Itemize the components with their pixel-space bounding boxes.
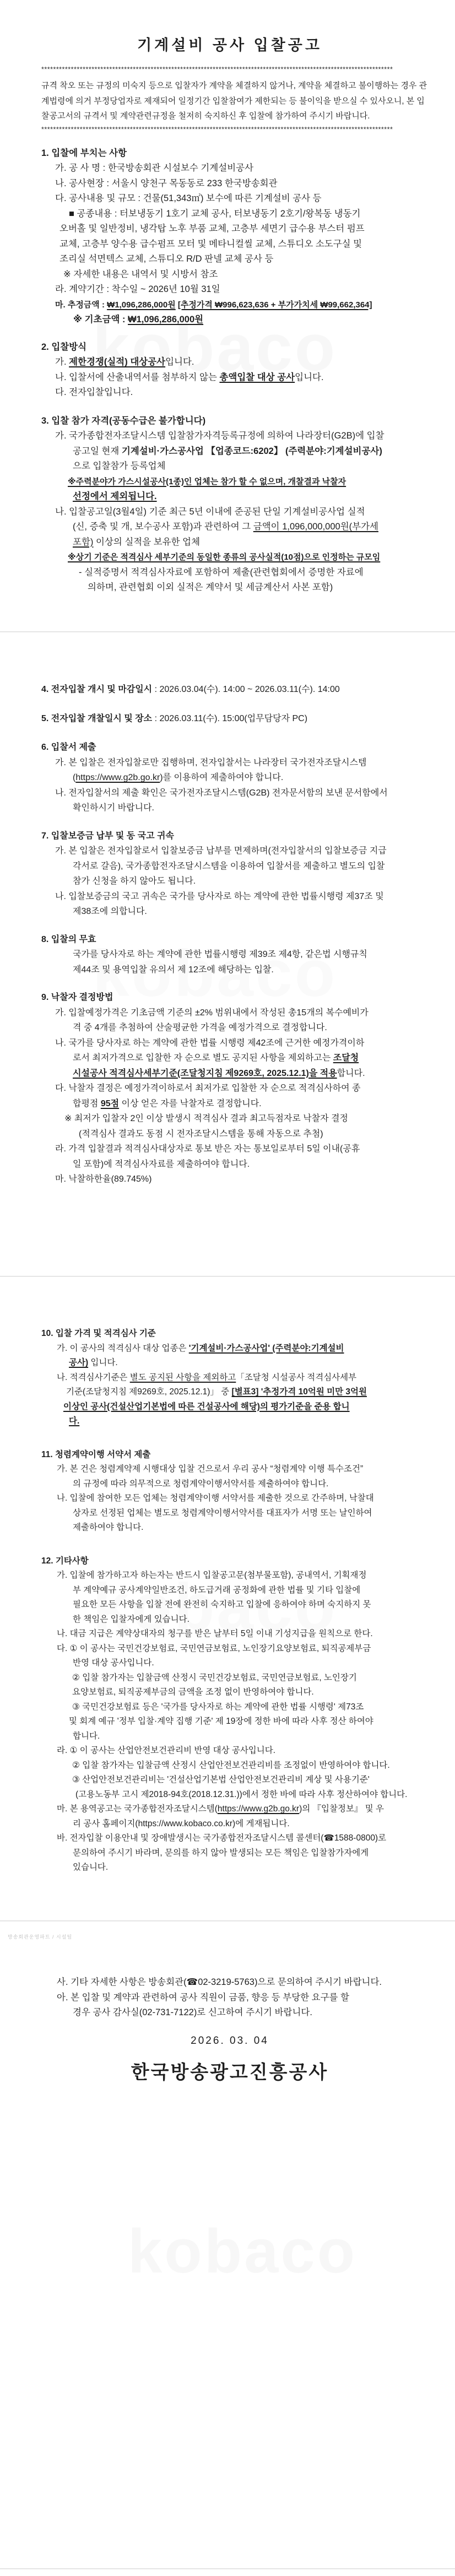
doc-line: 시설공사 적격심사세부기준(조달청지침 제9269호, 2025.12.1)을 … [41, 1066, 418, 1081]
phone-icon: ☎ [324, 1833, 334, 1843]
text-segment: 있습니다. [73, 1863, 108, 1872]
doc-line: 가. 본 입찰은 전자입찰로만 집행하며, 전자입찰서는 나라장터 국가전자조달… [41, 755, 418, 771]
text-segment: 한국방송광고진흥공사 [131, 2062, 328, 2083]
doc-title: 기계설비 공사 입찰공고 [41, 34, 418, 56]
text-segment: (적격심사 결과도 동점 시 전자조달시스템을 통해 자동으로 추첨) [79, 1129, 323, 1139]
doc-line: 다. [41, 1414, 418, 1429]
doc-line: (고용노동부 고시 제2018-94호(2018.12.31.))에서 정한 바… [41, 1788, 418, 1803]
doc-line: 가. 입찰에 참가하고자 하는자는 반드시 입찰공고문(첨부물포함), 공내역서… [41, 1568, 418, 1583]
doc-line: (https://www.g2b.go.kr)를 이용하여 제출하여야 합니다. [41, 770, 418, 786]
text-segment: 나. 전자입찰서의 제출 확인은 국가전자조달시스템(G2B) 전자문서함의 보… [55, 788, 388, 798]
award-lower-limit: 마. 낙찰하한율(89.745%) [41, 1172, 418, 1187]
section-10-heading: 10. 입찰 가격 및 적격심사 기준 [41, 1327, 418, 1341]
g2b-url: https://www.g2b.go.kr [75, 773, 160, 782]
doc-line: 사. 기타 자세한 사항은 방송회관(☎02-3219-5763)으로 문의하여… [41, 1975, 418, 1990]
text-segment: 입니다. [88, 1358, 118, 1367]
text-segment: ※ 기초금액 : [73, 315, 128, 324]
doc-line: ※주력분야가 가스시설공사(1종)인 업체는 참가 할 수 없으며, 개찰결과 … [41, 474, 418, 490]
text-segment: 이상 얻은 자를 낙찰자로 결정합니다. [119, 1099, 262, 1108]
doc-line: ※ 최저가 입찰자 2인 이상 발생시 적격심사 결과 최고득점자로 낙찰자 결… [41, 1111, 418, 1127]
text-segment: 오버홀 및 일반정비, 냉각탑 노후 부품 교체, 고층부 세면기 급수용 부스… [59, 224, 365, 234]
text-segment: 가. 본 입찰은 전자입찰로만 집행하며, 전자입찰서는 나라장터 국가전자조달… [55, 758, 367, 767]
text-segment: 95점 [101, 1099, 119, 1108]
doc-line: ※ 자세한 내용은 내역서 및 시방서 참조 [41, 267, 418, 283]
text-segment: 계법령에 의거 부정당업자로 제재되어 일정기간 입찰참여가 제한되는 등 불이… [41, 96, 425, 106]
text-segment: 일 포함)에 적격심사자료를 제출하여야 합니다. [73, 1160, 250, 1169]
text-segment: ② 입찰 참가자는 입찰금액 산정시 산업안전보건관리비를 조정없이 반영하여야… [72, 1761, 390, 1770]
text-segment: ■ 공종내용 : 터보냉동기 1호기 교체 공사, 터보냉동기 2호기/왕복동 … [69, 209, 361, 219]
text-segment: 마. 낙찰하한율(89.745%) [55, 1175, 151, 1184]
doc-line: 있습니다. [41, 1860, 418, 1875]
doc-line: 리 공사 홈페이지(https://www.kobaco.co.kr)에 게재됩… [41, 1817, 418, 1832]
text-segment: 제출하여야 합니다. [73, 1523, 143, 1532]
doc-line: 확인하시기 바랍니다. [41, 800, 418, 816]
section-3-heading: 3. 입찰 참가 자격(공동수급은 불가합니다) [41, 414, 418, 429]
text-segment: 및 회계 예규 '정부 입찰·계약 집행 기준' 제 19장에 정한 바에 따라… [69, 1717, 373, 1726]
text-segment: 입니다. [295, 372, 323, 382]
text-segment: 리 공사 홈페이지( [73, 1819, 138, 1828]
text-segment: 나. 입찰서에 산출내역서를 첨부하지 않는 [55, 372, 219, 382]
doc-line: 다. 전자입찰입니다. [41, 385, 418, 401]
doc-line: ③ 산업안전보건관리비는 '건설산업기본법 산업안전보건관리비 계상 및 사용기… [41, 1773, 418, 1788]
text-segment: 이상의 실적을 보유한 업체 [93, 537, 200, 547]
doc-line: 문의하여 주시기 바라며, 문의를 하지 않아 발생되는 모든 책임은 입찰참가… [41, 1846, 418, 1861]
section-4: 4. 전자입찰 개시 및 마감일시 : 2026.03.04(수). 14:00… [41, 682, 418, 697]
doc-line: 계법령에 의거 부정당업자로 제재되어 일정기간 입찰참여가 제한되는 등 불이… [41, 94, 418, 109]
estimated-amount: 마. 추정금액 : ₩1,096,286,000원 [추정가격 ₩996,623… [41, 297, 418, 313]
text-segment: 총액입찰 대상 공사 [219, 372, 295, 382]
text-segment: ****************************************… [41, 66, 393, 73]
text-segment: 가. 입찰에 참가하고자 하는자는 반드시 입찰공고문(첨부물포함), 공내역서… [57, 1571, 366, 1580]
text-segment: 02-3219-5763)으로 문의하여 주시기 바랍니다. [198, 1977, 382, 1987]
text-segment: 2026. 03. 04 [191, 2035, 269, 2047]
page-edge-4 [0, 2568, 455, 2569]
text-segment: 제44조 및 용역입찰 유의서 제 12조에 해당하는 입찰. [73, 965, 274, 975]
announcement-date: 2026. 03. 04 [41, 2033, 418, 2049]
section-8-heading: 8. 입찰의 무효 [41, 932, 418, 948]
text-segment: 가. 이 공사의 적격심사 대상 업종은 [57, 1344, 189, 1353]
text-segment: [추정가격 ₩996,623,636 + 부가가치세 ₩99,662,364] [178, 300, 372, 310]
text-segment: 가. [55, 357, 69, 367]
doc-line: 부 계약예규 공사계약일반조건, 하도급거래 공정화에 관한 법률 및 기타 입… [41, 1583, 418, 1598]
doc-line: - 실적증명서 적격심사자료에 포함하여 제출(관련협회에서 증명한 자료에 [41, 565, 418, 581]
doc-line: 다. ① 이 공사는 국민건강보험료, 국민연금보험료, 노인장기요양보험료, … [41, 1642, 418, 1657]
doc-line: 반영 대상 공사입니다. [41, 1656, 418, 1671]
text-segment: : 2026.03.04(수). 14:00 ~ 2026.03.11(수). … [152, 685, 340, 694]
text-segment: 선정에서 제외됩니다. [73, 491, 157, 501]
section-7-heading: 7. 입찰보증금 납부 및 동 국고 귀속 [41, 829, 418, 844]
text-segment: ※상기 기준은 적격심사 세부기준의 동일한 종류의 공사실적(10점)으로 인… [68, 553, 380, 562]
doc-line: 가. 본 입찰은 전자입찰로서 입찰보증금 납부를 면제하며(전자입찰서의 입찰… [41, 843, 418, 859]
text-segment: 나. 적격심사기준은 [57, 1373, 130, 1382]
text-segment: ₩1,096,286,000원 [107, 300, 176, 310]
text-segment: 10. 입찰 가격 및 적격심사 기준 [41, 1329, 156, 1338]
text-segment: ₩1,096,286,000원 [128, 315, 203, 324]
doc-line: 나. 국가를 당사자로 하는 계약에 관한 법률 시행령 제42조에 근거한 예… [41, 1036, 418, 1051]
doc-line: 각서로 갈음), 국가종합전자조달시스템을 이용하여 입찰서를 제출하고 별도의… [41, 859, 418, 874]
doc-line: 기준(조달청지침 제9269호, 2025.12.1)」 중 [별표3] '추정… [41, 1385, 418, 1400]
section-11-heading: 11. 청렴계약이행 서약서 제출 [41, 1448, 418, 1463]
divider-bottom: ****************************************… [41, 124, 418, 135]
text-segment: '기계설비·가스공사업' (주력분야:기계설비 [189, 1344, 344, 1353]
doc-line: 국가를 당사자로 하는 계약에 관한 법률시행령 제39조 제4항, 같은법 시… [41, 947, 418, 962]
text-segment: 5. 전자입찰 개찰일시 및 장소 [41, 714, 152, 723]
text-segment: 다. 공사내용 및 규모 : 건물(51,343㎡) 보수에 따른 기계설비 공… [55, 193, 322, 203]
section-12-heading: 12. 기타사항 [41, 1554, 418, 1569]
text-segment: 가. 국가종합전자조달시스템 입찰참가자격등록규정에 의하여 나라장터(G2B)… [55, 431, 384, 441]
text-segment: 찰공고서의 규격서 및 계약관련규정을 철저히 숙지하신 후 입찰에 참가하여 … [41, 111, 370, 121]
text-segment: 다. 전자입찰입니다. [55, 387, 133, 397]
text-segment: 공사) [69, 1358, 88, 1367]
text-segment: (신, 증축 및 개, 보수공사 포함)과 관련하여 그 [73, 522, 253, 532]
text-segment: 나. 공사현장 : 서울시 양천구 목동동로 233 한국방송회관 [55, 178, 278, 188]
kobaco-watermark: kobaco [128, 2216, 357, 2287]
doc-line: 상자로 선정된 업체는 별도로 청렴계약이행서약서를 대표자가 서명 또는 날인… [41, 1506, 418, 1521]
doc-line: 가. 국가종합전자조달시스템 입찰참가자격등록규정에 의하여 나라장터(G2B)… [41, 429, 418, 444]
section-5: 5. 전자입찰 개찰일시 및 장소 : 2026.03.11(수). 15:00… [41, 711, 418, 727]
text-segment: 가. 공 사 명 : 한국방송회관 시설보수 기계설비공사 [55, 163, 253, 173]
text-segment: 9. 낙찰자 결정방법 [41, 993, 113, 1002]
text-segment: 1. 입찰에 부치는 사항 [41, 148, 127, 158]
text-segment: 상자로 선정된 업체는 별도로 청렴계약이행서약서를 대표자가 서명 또는 날인… [73, 1508, 372, 1518]
doc-line: ② 입찰 참가자는 입찰금액 산정시 국민건강보험료, 국민연금보험료, 노인장… [41, 1671, 418, 1686]
doc-line: 교체, 고층부 양수용 급수펌프 모터 및 메타니컬씰 교체, 스튜디오 소도구… [41, 237, 418, 252]
section-1-heading: 1. 입찰에 부치는 사항 [41, 146, 418, 161]
text-segment: 제38조에 의합니다. [73, 907, 147, 916]
doc-line: 규격 착오 또는 규정의 미숙지 등으로 입찰자가 계약을 체결하지 않거나, … [41, 78, 418, 94]
text-segment: 제한경쟁(실적) 대상공사 [69, 357, 165, 367]
text-segment: 합니다. [337, 1069, 365, 1078]
doc-line: 가. 입찰예정가격은 기초금액 기준의 ±2% 범위내에서 작성된 총15개의 … [41, 1005, 418, 1021]
doc-line: 제44조 및 용역입찰 유의서 제 12조에 해당하는 입찰. [41, 962, 418, 978]
doc-line: 다. 공사내용 및 규모 : 건물(51,343㎡) 보수에 따른 기계설비 공… [41, 191, 418, 207]
doc-line: 나. 공사현장 : 서울시 양천구 목동동로 233 한국방송회관 [41, 176, 418, 192]
text-segment: 반영 대상 공사입니다. [73, 1658, 154, 1668]
text-segment: 2. 입찰방식 [41, 342, 86, 352]
text-segment: 나. 입찰보증금의 국고 귀속은 국가를 당사자로 하는 계약에 관한 법률시행… [55, 892, 384, 901]
text-segment: 8. 입찰의 무효 [41, 935, 96, 944]
text-segment: 로서 최저가격으로 입찰한 자 순으로 별도 공지된 사항을 제외하고는 [73, 1053, 333, 1063]
text-segment: - 실적증명서 적격심사자료에 포함하여 제출(관련협회에서 증명한 자료에 [79, 567, 364, 577]
phone-icon: ☎ [187, 1977, 198, 1987]
doc-line: 나. 입찰공고일(3월4일) 기준 최근 5년 이내에 준공된 단일 기계설비공… [41, 505, 418, 520]
text-segment: 가. 본 입찰은 전자입찰로서 입찰보증금 납부를 면제하며(전자입찰서의 입찰… [55, 846, 387, 856]
doc-line: 마. 본 용역공고는 국가종합전자조달시스템(https://www.g2b.g… [41, 1802, 418, 1817]
text-segment: 참가 신청을 하지 않아도 됩니다. [73, 876, 196, 886]
text-segment: 6. 입찰서 제출 [41, 743, 96, 752]
page-2: 4. 전자입찰 개시 및 마감일시 : 2026.03.04(수). 14:00… [41, 682, 418, 1187]
doc-line: 합평점 95점 이상 얻은 자를 낙찰자로 결정합니다. [41, 1096, 418, 1112]
text-segment: 「조달청 시설공사 적격심사세부 [236, 1373, 356, 1382]
page-edge-3 [0, 1920, 455, 1922]
doc-line: 나. 전자입찰서의 제출 확인은 국가전자조달시스템(G2B) 전자문서함의 보… [41, 786, 418, 801]
text-segment: 다. ① 이 공사는 국민건강보험료, 국민연금보험료, 노인장기요양보험료, … [57, 1644, 371, 1653]
doc-line: 제출하여야 합니다. [41, 1520, 418, 1535]
doc-line: 가. 공 사 명 : 한국방송회관 시설보수 기계설비공사 [41, 161, 418, 176]
doc-line: 의 규정에 따라 의무적으로 청렴계약이행서약서를 제출하여야 합니다. [41, 1477, 418, 1492]
doc-line: 합니다. [41, 1729, 418, 1744]
text-segment: 조리실 석면텍스 교체, 스튜디오 R/D 판넬 교체 공사 등 [59, 254, 273, 264]
doc-line: 및 회계 예규 '정부 입찰·계약 집행 기준' 제 19장에 정한 바에 따라… [41, 1714, 418, 1729]
text-segment: [별표3] '추정가격 10억원 미만 3억원 [232, 1387, 367, 1397]
doc-line: 나. 입찰에 참여한 모든 업체는 청렴계약이행 서약서를 제출한 것으로 간주… [41, 1491, 418, 1506]
doc-line: 라. 가격 입찰결과 적격심사대상자로 통보 받은 자는 통보일로부터 5일 이… [41, 1141, 418, 1157]
doc-line: ※상기 기준은 적격심사 세부기준의 동일한 종류의 공사실적(10점)으로 인… [41, 550, 418, 565]
doc-line: 나. 입찰보증금의 국고 귀속은 국가를 당사자로 하는 계약에 관한 법률시행… [41, 889, 418, 905]
doc-line: 필요한 모든 사항을 입찰 전에 완전히 숙지하고 입찰에 응하여야 하며 숙지… [41, 1598, 418, 1612]
department-note: 방송회관운영파트 / 시설팀 [8, 1933, 72, 1940]
text-segment: 규격 착오 또는 규정의 미숙지 등으로 입찰자가 계약을 체결하지 않거나, … [41, 81, 427, 90]
text-segment: 바. 전자입찰 이용안내 및 장애발생시는 국가종합전자조달시스템 콜센터( [57, 1833, 324, 1843]
text-segment: 이상인 공사(건설산업기본법에 따른 건설공사에 해당)의 평가기준을 준용 합… [63, 1402, 350, 1411]
doc-line: 오버홀 및 일반정비, 냉각탑 노후 부품 교체, 고층부 세면기 급수용 부스… [41, 221, 418, 237]
text-segment: 가. 본 건은 청렴계약제 시행대상 입찰 건으로서 우리 공사 “청렴계약 이… [57, 1464, 363, 1474]
text-segment: 사. 기타 자세한 사항은 방송회관( [57, 1977, 187, 1987]
doc-line: 아. 본 입찰 및 계약과 관련하여 공사 직원이 금품, 향응 등 부당한 요… [41, 1990, 418, 2006]
doc-line: 격 중 4개를 추첨하여 산술평균한 가격을 예정가격으로 결정합니다. [41, 1020, 418, 1036]
text-segment: 확인하시기 바랍니다. [73, 803, 154, 813]
text-segment: 7. 입찰보증금 납부 및 동 국고 귀속 [41, 831, 174, 841]
doc-line: 조리실 석면텍스 교체, 스튜디오 R/D 판넬 교체 공사 등 [41, 252, 418, 267]
text-segment: 나. 국가를 당사자로 하는 계약에 관한 법률 시행령 제42조에 근거한 예… [55, 1038, 364, 1048]
doc-line: 의하며, 관련협회 이외 실적은 계약서 및 세금계산서 사본 포함) [41, 580, 418, 596]
doc-line: 나. 대금 지급은 계약상대자의 청구를 받은 날부터 5일 이내 기성지급을 … [41, 1627, 418, 1642]
doc-line: 가. 이 공사의 적격심사 대상 업종은 '기계설비·가스공사업' (주력분야:… [41, 1341, 418, 1356]
text-segment: 마. 추정금액 : [55, 300, 107, 310]
text-segment: 의 규정에 따라 의무적으로 청렴계약이행서약서를 제출하여야 합니다. [73, 1479, 328, 1489]
text-segment: 라. 가격 입찰결과 적격심사대상자로 통보 받은 자는 통보일로부터 5일 이… [55, 1144, 360, 1154]
doc-line: 다. 낙찰자 결정은 예정가격이하로서 최저가로 입찰한 자 순으로 적격심사하… [41, 1081, 418, 1096]
doc-line: ③ 국민건강보험료 등은 '국가를 당사자로 하는 계약에 관한 법률 시행령'… [41, 1700, 418, 1715]
text-segment: 가. 입찰예정가격은 기초금액 기준의 ±2% 범위내에서 작성된 총15개의 … [55, 1008, 369, 1018]
text-segment: 각서로 갈음), 국가종합전자조달시스템을 이용하여 입찰서를 제출하고 별도의… [73, 862, 384, 871]
text-segment: 부 계약예규 공사계약일반조건, 하도급거래 공정화에 관한 법률 및 기타 입… [73, 1585, 360, 1595]
text-segment: 격 중 4개를 추첨하여 산술평균한 가격을 예정가격으로 결정합니다. [73, 1023, 327, 1032]
doc-line: (적격심사 결과도 동점 시 전자조달시스템을 통해 자동으로 추첨) [41, 1127, 418, 1142]
doc-line: ■ 공종내용 : 터보냉동기 1호기 교체 공사, 터보냉동기 2호기/왕복동 … [41, 207, 418, 222]
text-segment: 금액이 1,096,000,000원(부가세 [253, 522, 378, 532]
text-segment: ※주력분야가 가스시설공사(1종)인 업체는 참가 할 수 없으며, 개찰결과 … [68, 477, 346, 486]
page-1: 기계설비 공사 입찰공고****************************… [41, 34, 418, 596]
doc-line: 나. 입찰서에 산출내역서를 첨부하지 않는 총액입찰 대상 공사입니다. [41, 370, 418, 386]
text-segment: (고용노동부 고시 제2018-94호(2018.12.31.))에서 정한 바… [75, 1790, 407, 1799]
text-segment: 3. 입찰 참가 자격(공동수급은 불가합니다) [41, 416, 205, 426]
text-segment: 조달청 [333, 1053, 359, 1063]
doc-line: 공사) 입니다. [41, 1356, 418, 1371]
text-segment: ③ 국민건강보험료 등은 '국가를 당사자로 하는 계약에 관한 법률 시행령'… [72, 1702, 364, 1712]
doc-line: 공고일 현재 기계설비·가스공사업 【업종코드:6202】 (주력분야:기계설비… [41, 444, 418, 459]
doc-line: 참가 신청을 하지 않아도 됩니다. [41, 874, 418, 889]
issuer-name: 한국방송광고진흥공사 [41, 2059, 418, 2086]
text-segment: 합니다. [73, 1731, 100, 1741]
doc-line: 가. 제한경쟁(실적) 대상공사입니다. [41, 355, 418, 370]
text-segment: 라. ① 이 공사는 산업안전보건관리비 반영 대상 공사입니다. [57, 1746, 275, 1755]
text-segment: 다. [69, 1416, 79, 1426]
kobaco-url: https://www.kobaco.co.kr [138, 1819, 232, 1828]
text-segment: 나. 대금 지급은 계약상대자의 청구를 받은 날부터 5일 이내 기성지급을 … [57, 1629, 373, 1638]
text-segment: 한 책임은 입찰자에게 있습니다. [73, 1615, 189, 1624]
divider-top: ****************************************… [41, 64, 418, 75]
text-segment: 1588-0800)로 [334, 1833, 386, 1843]
text-segment: 마. 본 용역공고는 국가종합전자조달시스템( [57, 1804, 218, 1814]
text-segment: 나. 입찰공고일(3월4일) 기준 최근 5년 이내에 준공된 단일 기계설비공… [55, 507, 365, 517]
doc-line: 선정에서 제외됩니다. [41, 489, 418, 505]
doc-line: 이상인 공사(건설산업기본법에 따른 건설공사에 해당)의 평가기준을 준용 합… [41, 1400, 418, 1415]
doc-line: 라. 계약기간 : 착수일 ~ 2026년 10월 31일 [41, 282, 418, 297]
text-segment: 으로 입찰참가 등록업체 [73, 461, 166, 471]
page-4: 사. 기타 자세한 사항은 방송회관(☎02-3219-5763)으로 문의하여… [41, 1975, 418, 2086]
text-segment: 아. 본 입찰 및 계약과 관련하여 공사 직원이 금품, 향응 등 부당한 요… [57, 1993, 349, 2003]
text-segment: ② 입찰 참가자는 입찰금액 산정시 국민건강보험료, 국민연금보험료, 노인장… [72, 1673, 357, 1682]
text-segment: 시설공사 적격심사세부기준(조달청지침 제9269호, 2025.12.1)을 … [73, 1069, 337, 1078]
text-segment: 라. 계약기간 : 착수일 ~ 2026년 10월 31일 [55, 284, 220, 294]
text-segment: 기계설비·가스공사업 【업종코드:6202】 (주력분야:기계설비공사) [122, 446, 382, 456]
text-segment: 나. 입찰에 참여한 모든 업체는 청렴계약이행 서약서를 제출한 것으로 간주… [57, 1493, 374, 1503]
text-segment: 요양보험료, 퇴직공제부금의 금액을 조정 없이 반영하여야 합니다. [72, 1687, 314, 1697]
text-segment: 4. 전자입찰 개시 및 마감일시 [41, 685, 152, 694]
text-segment: )에 게재됩니다. [232, 1819, 290, 1828]
doc-line: 포함) 이상의 실적을 보유한 업체 [41, 535, 418, 550]
doc-line: 라. ① 이 공사는 산업안전보건관리비 반영 대상 공사입니다. [41, 1744, 418, 1758]
text-segment: 11. 청렴계약이행 서약서 제출 [41, 1450, 150, 1459]
doc-line: 일 포함)에 적격심사자료를 제출하여야 합니다. [41, 1157, 418, 1172]
page-edge-2 [0, 1276, 455, 1277]
text-segment: ※ 최저가 입찰자 2인 이상 발생시 적격심사 결과 최고득점자로 낙찰자 결… [64, 1114, 348, 1123]
doc-line: 경우 공사 감사실(02-731-7122)로 신고하여 주시기 바랍니다. [41, 2005, 418, 2021]
doc-line: 찰공고서의 규격서 및 계약관련규정을 철저히 숙지하신 후 입찰에 참가하여 … [41, 109, 418, 124]
text-segment: )의 『입찰정보』 및 우 [299, 1804, 384, 1814]
page-3: 10. 입찰 가격 및 적격심사 기준가. 이 공사의 적격심사 대상 업종은 … [41, 1327, 418, 1875]
doc-line: 나. 적격심사기준은 별도 공지된 사항을 제외하고「조달청 시설공사 적격심사… [41, 1371, 418, 1386]
text-segment: ※ 자세한 내용은 내역서 및 시방서 참조 [63, 269, 218, 279]
doc-line: 한 책임은 입찰자에게 있습니다. [41, 1612, 418, 1627]
doc-line: 요양보험료, 퇴직공제부금의 금액을 조정 없이 반영하여야 합니다. [41, 1685, 418, 1700]
doc-line: ② 입찰 참가자는 입찰금액 산정시 산업안전보건관리비를 조정없이 반영하여야… [41, 1758, 418, 1773]
text-segment: 다. 낙찰자 결정은 예정가격이하로서 최저가로 입찰한 자 순으로 적격심사하… [55, 1084, 361, 1093]
text-segment: 별도 공지된 사항을 제외하고 [130, 1373, 236, 1382]
scanned-bid-notice-document: kobaco kobaco kobaco kobaco 방송회관운영파트 / 시… [0, 0, 455, 2576]
base-amount: ※ 기초금액 : ₩1,096,286,000원 [41, 312, 418, 328]
doc-line: 제38조에 의합니다. [41, 904, 418, 919]
text-segment: 공고일 현재 [73, 446, 122, 456]
page-edge-1 [0, 631, 455, 632]
doc-line: 으로 입찰참가 등록업체 [41, 459, 418, 474]
text-segment: 국가를 당사자로 하는 계약에 관한 법률시행령 제39조 제4항, 같은법 시… [73, 950, 367, 959]
doc-line: 가. 본 건은 청렴계약제 시행대상 입찰 건으로서 우리 공사 “청렴계약 이… [41, 1462, 418, 1477]
section-2-heading: 2. 입찰방식 [41, 340, 418, 355]
text-segment: 12. 기타사항 [41, 1556, 89, 1566]
text-segment: 필요한 모든 사항을 입찰 전에 완전히 숙지하고 입찰에 응하여야 하며 숙지… [73, 1600, 371, 1609]
section-9-heading: 9. 낙찰자 결정방법 [41, 990, 418, 1005]
text-segment: 합평점 [73, 1099, 101, 1108]
text-segment: 기계설비 공사 입찰공고 [137, 37, 322, 53]
text-segment: )를 이용하여 제출하여야 합니다. [160, 773, 283, 782]
text-segment: 포함) [73, 537, 93, 547]
text-segment: 문의하여 주시기 바라며, 문의를 하지 않아 발생되는 모든 책임은 입찰참가… [73, 1848, 369, 1858]
text-segment: 입니다. [165, 357, 194, 367]
text-segment: ③ 산업안전보건관리비는 '건설산업기본법 산업안전보건관리비 계상 및 사용기… [72, 1775, 370, 1784]
text-segment: ****************************************… [41, 126, 393, 133]
doc-line: (신, 증축 및 개, 보수공사 포함)과 관련하여 그 금액이 1,096,0… [41, 519, 418, 535]
g2b-url: https://www.g2b.go.kr [218, 1804, 299, 1814]
text-segment: 경우 공사 감사실(02-731-7122)로 신고하여 주시기 바랍니다. [73, 2007, 312, 2017]
text-segment: 기준(조달청지침 제9269호, 2025.12.1)」 중 [66, 1387, 232, 1397]
doc-line: 바. 전자입찰 이용안내 및 장애발생시는 국가종합전자조달시스템 콜센터(☎1… [41, 1831, 418, 1846]
section-6-heading: 6. 입찰서 제출 [41, 740, 418, 755]
doc-line: 로서 최저가격으로 입찰한 자 순으로 별도 공지된 사항을 제외하고는 조달청 [41, 1051, 418, 1066]
text-segment: : 2026.03.11(수). 15:00(업무담당자 PC) [152, 714, 307, 723]
text-segment: 의하며, 관련협회 이외 실적은 계약서 및 세금계산서 사본 포함) [88, 582, 333, 592]
text-segment: 교체, 고층부 양수용 급수펌프 모터 및 메타니컬씰 교체, 스튜디오 소도구… [59, 239, 362, 249]
